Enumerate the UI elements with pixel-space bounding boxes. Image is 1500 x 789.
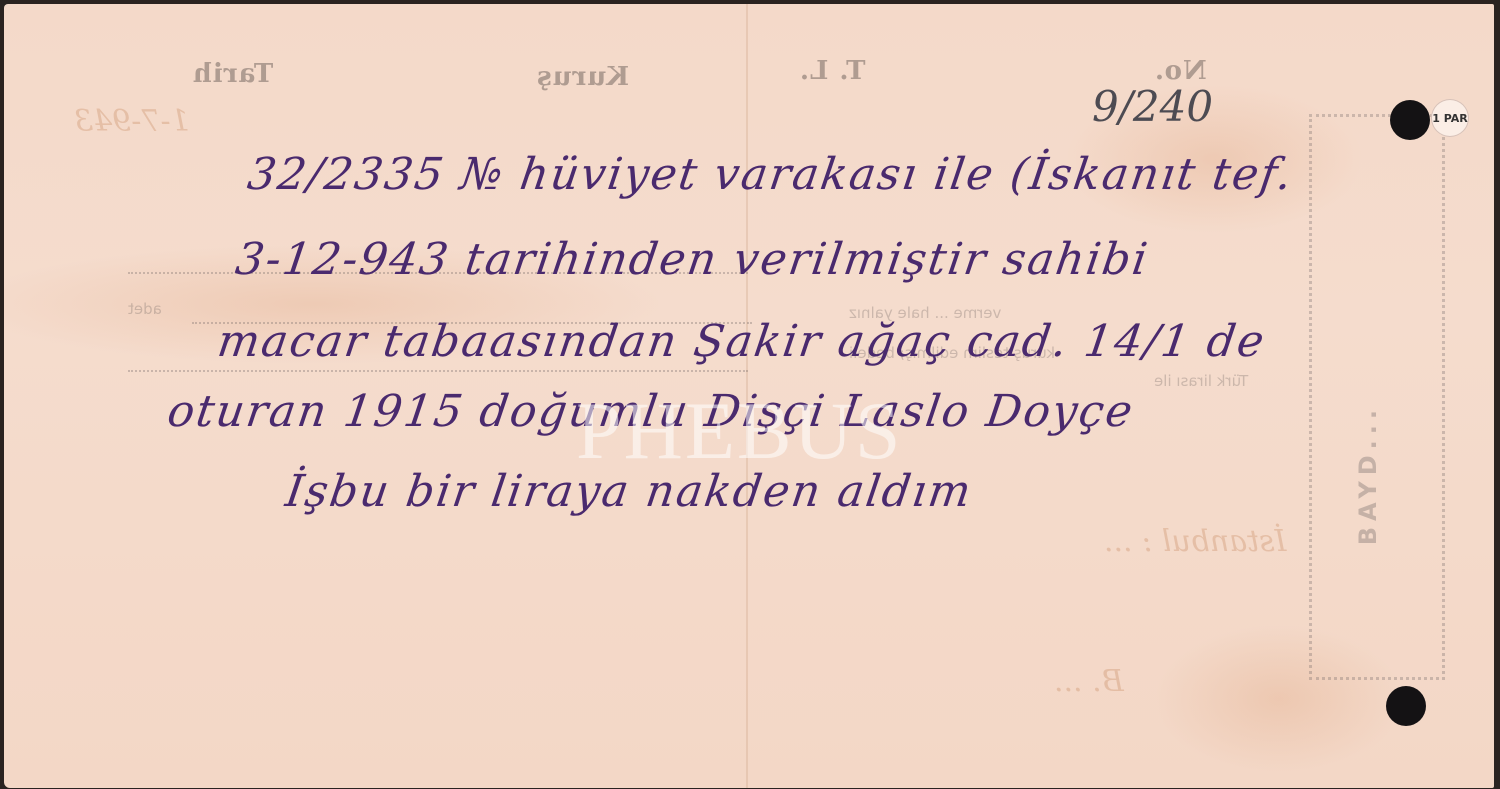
form-line	[128, 370, 748, 372]
header-tarih: Tarih	[192, 59, 273, 89]
stamp-outline	[1309, 114, 1445, 680]
stamp-text: BAYD...	[1354, 404, 1382, 545]
document-number: 9/240	[1092, 82, 1213, 131]
faint-body-line: Türk lirası ile	[1154, 372, 1248, 390]
document-paper: Tarih Kuruş T. L. No. adet 1-7-943 verme…	[4, 4, 1494, 788]
handwritten-line-1: 32/2335 № hüviyet varakası ile (İskanıt …	[244, 149, 1296, 200]
faint-date: 1-7-943	[74, 104, 190, 139]
faint-signature: B. ...	[1054, 664, 1124, 699]
label-adet: adet	[128, 300, 162, 318]
handwritten-line-3: macar tabaasından Şakir ağaç cad. 14/1 d…	[214, 316, 1269, 367]
header-kurus: Kuruş	[536, 62, 629, 92]
handwritten-line-2: 3-12-943 tarihinden verilmiştir sahibi	[232, 234, 1152, 285]
punch-hole-icon	[1386, 686, 1426, 726]
punch-hole-icon	[1390, 100, 1430, 140]
faint-signature: İstanbul : ...	[1104, 524, 1286, 559]
header-tl: T. L.	[799, 56, 865, 86]
revenue-mini-stamp: 1 PAR	[1431, 99, 1469, 137]
watermark: PHEBUS	[576, 384, 902, 478]
